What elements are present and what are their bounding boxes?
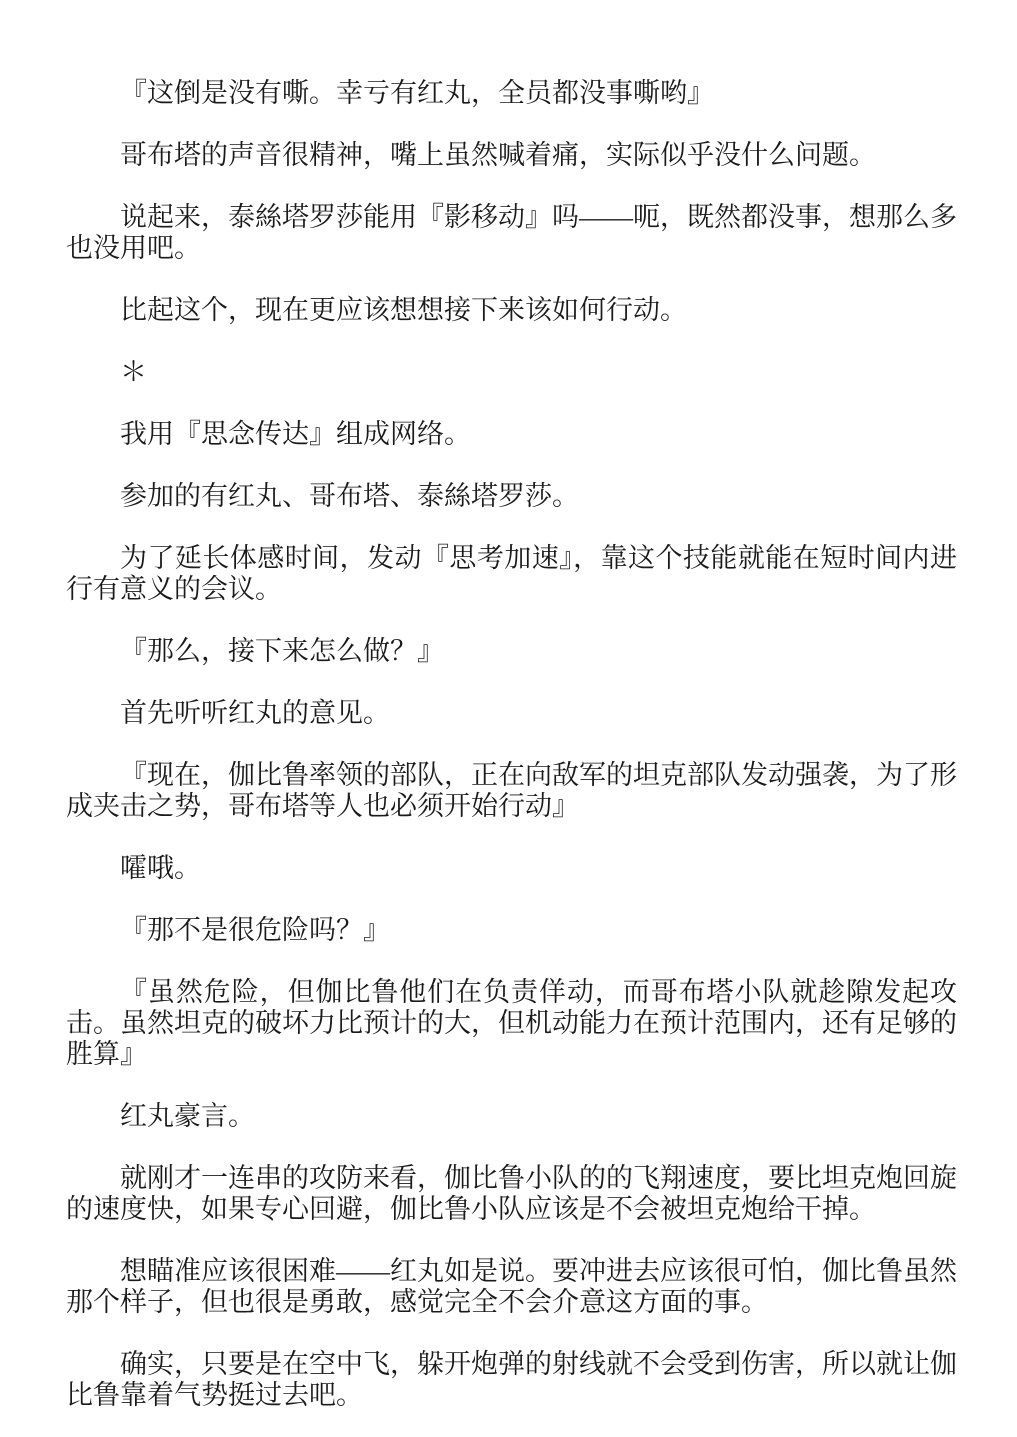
paragraph-narration: 首先听听红丸的意见。 [66, 698, 957, 729]
paragraph-dialogue: 『那不是很危险吗？』 [66, 915, 957, 946]
paragraph-narration: 想瞄准应该很困难——红丸如是说。要冲进去应该很可怕，伽比鲁虽然那个样子，但也很是… [66, 1256, 957, 1318]
paragraph-narration: 我用『思念传达』组成网络。 [66, 419, 957, 450]
paragraph-dialogue: 『虽然危险，但伽比鲁他们在负责佯动，而哥布塔小队就趁隙发起攻击。虽然坦克的破坏力… [66, 977, 957, 1070]
paragraph-dialogue: 『那么，接下来怎么做？』 [66, 636, 957, 667]
section-divider: ＊ [66, 357, 957, 388]
paragraph-narration: 红丸豪言。 [66, 1101, 957, 1132]
paragraph-dialogue: 『这倒是没有嘶。幸亏有红丸，全员都没事嘶哟』 [66, 78, 957, 109]
paragraph-narration: 嚯哦。 [66, 853, 957, 884]
paragraph-dialogue: 『现在，伽比鲁率领的部队，正在向敌军的坦克部队发动强袭，为了形成夹击之势，哥布塔… [66, 760, 957, 822]
paragraph-narration: 确实，只要是在空中飞，躲开炮弹的射线就不会受到伤害，所以就让伽比鲁靠着气势挺过去… [66, 1349, 957, 1411]
document-page: 『这倒是没有嘶。幸亏有红丸，全员都没事嘶哟』 哥布塔的声音很精神，嘴上虽然喊着痛… [0, 0, 1017, 1437]
paragraph-narration: 为了延长体感时间，发动『思考加速』，靠这个技能就能在短时间内进行有意义的会议。 [66, 543, 957, 605]
paragraph-narration: 哥布塔的声音很精神，嘴上虽然喊着痛，实际似乎没什么问题。 [66, 140, 957, 171]
paragraph-narration: 比起这个，现在更应该想想接下来该如何行动。 [66, 295, 957, 326]
paragraph-narration: 就刚才一连串的攻防来看，伽比鲁小队的的飞翔速度，要比坦克炮回旋的速度快，如果专心… [66, 1163, 957, 1225]
paragraph-narration: 说起来，泰絲塔罗莎能用『影移动』吗——呃，既然都没事，想那么多也没用吧。 [66, 202, 957, 264]
paragraph-narration: 参加的有红丸、哥布塔、泰絲塔罗莎。 [66, 481, 957, 512]
